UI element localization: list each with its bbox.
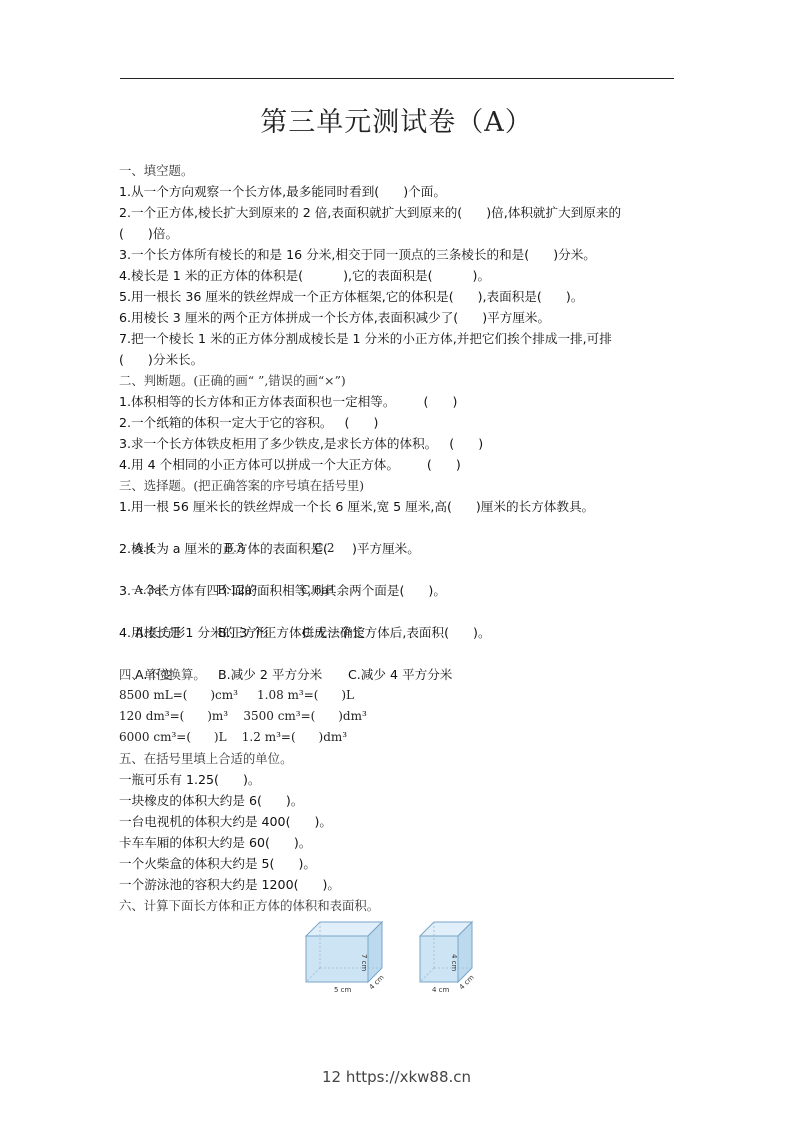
- question-line: ( )分米长。: [119, 349, 679, 370]
- question-line: ( )倍。: [119, 223, 679, 244]
- question-line: 3.求一个长方体铁皮柜用了多少铁皮,是求长方体的体积。 ( ): [119, 433, 679, 454]
- options-row: A.不变B.减少 2 平方分米C.减少 4 平方分米: [119, 643, 679, 664]
- question-line: 4.棱长是 1 米的正方体的体积是( ),它的表面积是( )。: [119, 265, 679, 286]
- document-body: 一、填空题。 1.从一个方向观察一个长方体,最多能同时看到( )个面。 2.一个…: [119, 160, 679, 916]
- conversion-row: 6000 cm³=( )L 1.2 m³=( )dm³: [119, 727, 679, 748]
- conversion-row: 8500 mL=( )cm³ 1.08 m³=( )L: [119, 685, 679, 706]
- question-line: 5.用一根长 36 厘米的铁丝焊成一个正方体框架,它的体积是( ),表面积是( …: [119, 286, 679, 307]
- question-line: 1.用一根 56 厘米长的铁丝焊成一个长 6 厘米,宽 5 厘米,高( )厘米的…: [119, 496, 679, 517]
- question-line: 3.一个长方体有四个面的面积相等,则其余两个面是( )。: [119, 580, 679, 601]
- page-title: 第三单元测试卷（A）: [0, 100, 793, 139]
- solids-figure: 5 cm 7 cm 4 cm 4 cm 4 cm 4 cm: [298, 918, 498, 994]
- question-line: 一个游泳池的容积大约是 1200( )。: [119, 874, 679, 895]
- question-line: 2.棱长为 a 厘米的正方体的表面积是( )平方厘米。: [119, 538, 679, 559]
- question-line: 一个火柴盒的体积大约是 5( )。: [119, 853, 679, 874]
- svg-text:4 cm: 4 cm: [450, 954, 458, 972]
- question-line: 4.用棱长是 1 分米的 3 个正方体拼成一个长方体后,表面积( )。: [119, 622, 679, 643]
- option-b: B.减少 2 平方分米: [218, 664, 348, 685]
- options-row: A.3a²B.12a²C.6a²: [119, 559, 679, 580]
- question-line: 1.从一个方向观察一个长方体,最多能同时看到( )个面。: [119, 181, 679, 202]
- svg-text:7 cm: 7 cm: [360, 954, 368, 972]
- question-line: 3.一个长方体所有棱长的和是 16 分米,相交于同一顶点的三条棱长的和是( )分…: [119, 244, 679, 265]
- section-heading: 一、填空题。: [119, 160, 679, 181]
- section-heading: 五、在括号里填上合适的单位。: [119, 748, 679, 769]
- conversion-row: 120 dm³=( )m³ 3500 cm³=( )dm³: [119, 706, 679, 727]
- options-row: A.长方形B.正方形C.无法确定: [119, 601, 679, 622]
- svg-text:4 cm: 4 cm: [432, 986, 450, 994]
- cuboid-cube-diagram: 5 cm 7 cm 4 cm 4 cm 4 cm 4 cm: [298, 918, 498, 994]
- question-line: 一台电视机的体积大约是 400( )。: [119, 811, 679, 832]
- options-row: A.4B.3C.2: [119, 517, 679, 538]
- header-rule: [120, 78, 674, 79]
- question-line: 2.一个纸箱的体积一定大于它的容积。 ( ): [119, 412, 679, 433]
- question-line: 4.用 4 个相同的小正方体可以拼成一个大正方体。 ( ): [119, 454, 679, 475]
- question-line: 1.体积相等的长方体和正方体表面积也一定相等。 ( ): [119, 391, 679, 412]
- question-line: 6.用棱长 3 厘米的两个正方体拼成一个长方体,表面积减少了( )平方厘米。: [119, 307, 679, 328]
- question-line: 一块橡皮的体积大约是 6( )。: [119, 790, 679, 811]
- section-heading: 六、计算下面长方体和正方体的体积和表面积。: [119, 895, 679, 916]
- section-heading: 三、选择题。(把正确答案的序号填在括号里): [119, 475, 679, 496]
- option-c: C.减少 4 平方分米: [348, 664, 452, 685]
- question-line: 2.一个正方体,棱长扩大到原来的 2 倍,表面积就扩大到原来的( )倍,体积就扩…: [119, 202, 679, 223]
- section-heading: 二、判断题。(正确的画“ ”,错误的画“×”): [119, 370, 679, 391]
- cuboid-length-label: 5 cm: [334, 986, 352, 994]
- question-line: 一瓶可乐有 1.25( )。: [119, 769, 679, 790]
- page-footer: 12 https://xkw88.cn: [0, 1068, 793, 1086]
- question-line: 7.把一个棱长 1 米的正方体分割成棱长是 1 分米的小正方体,并把它们挨个排成…: [119, 328, 679, 349]
- question-line: 卡车车厢的体积大约是 60( )。: [119, 832, 679, 853]
